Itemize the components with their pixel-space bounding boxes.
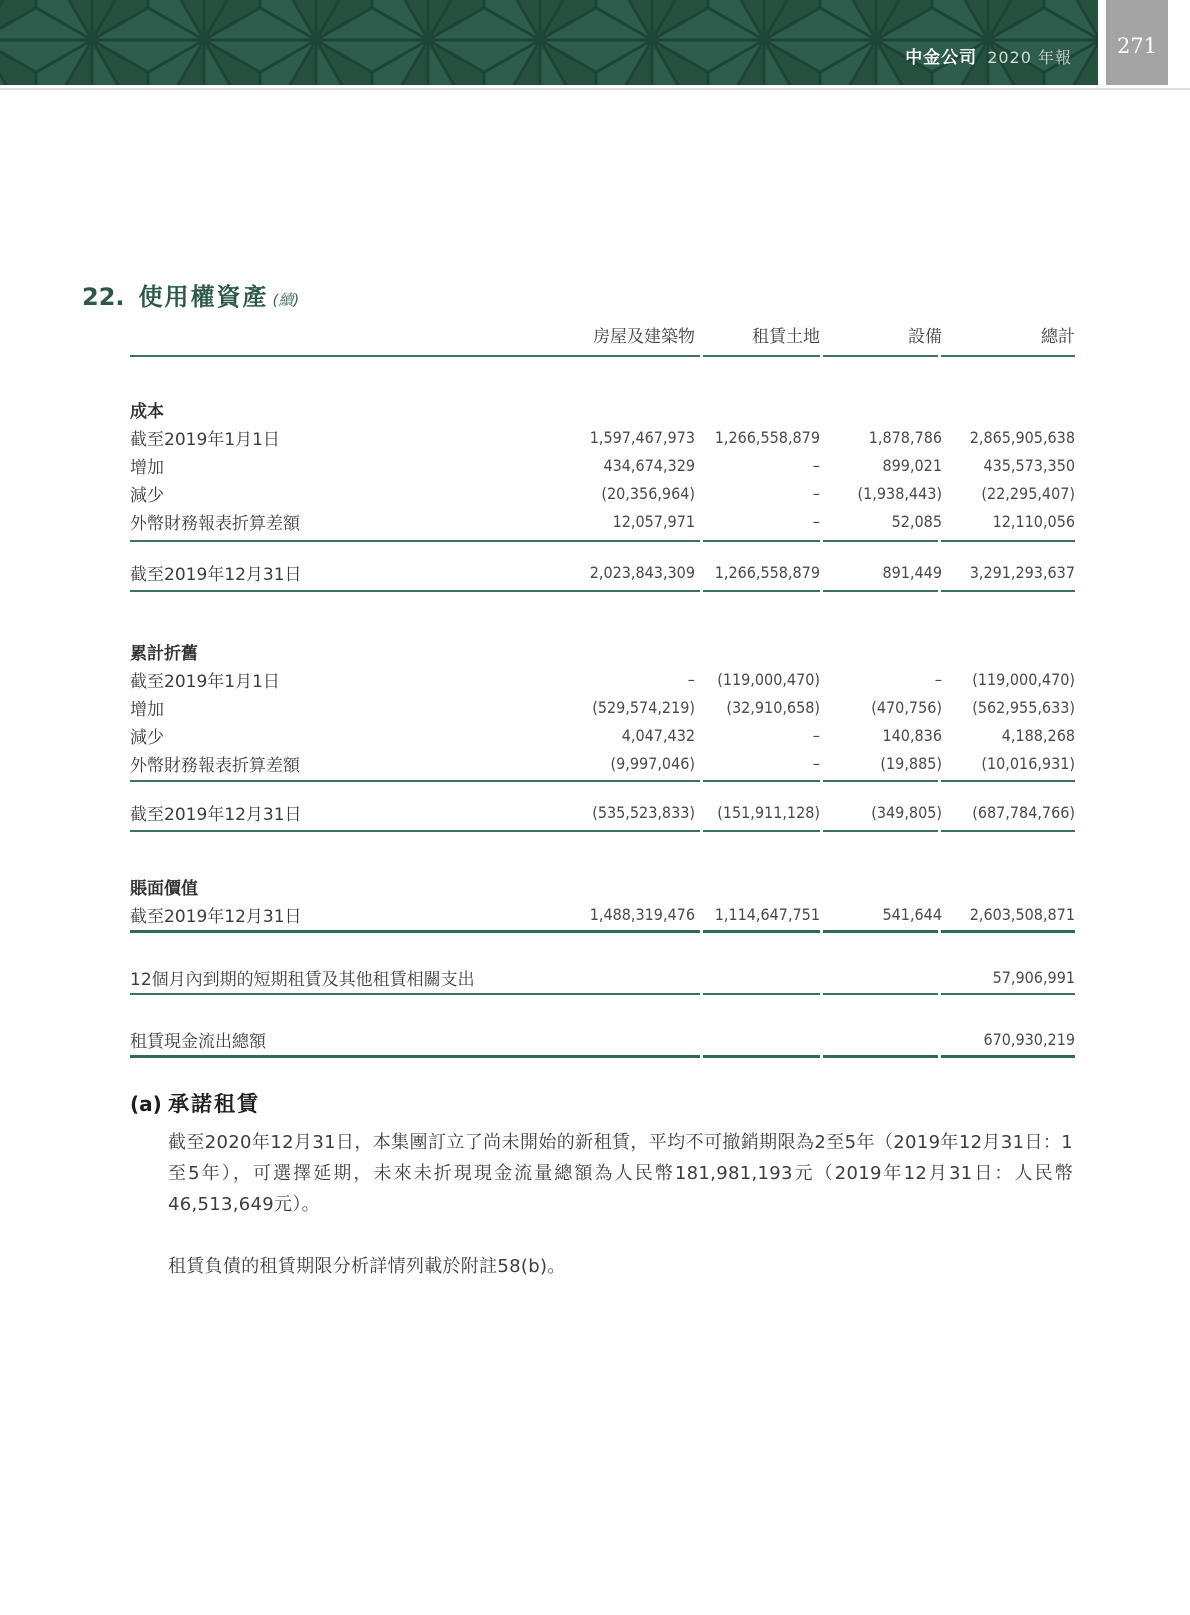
table-rule-thick [130, 1055, 1075, 1058]
table-rule-thick [130, 930, 1075, 933]
table-row: 增加 434,674,329 – 899,021 435,573,350 [130, 451, 1075, 479]
table-rule [130, 993, 1075, 995]
table-row: 外幣財務報表折算差額 12,057,971 – 52,085 12,110,05… [130, 507, 1075, 535]
company-name: 中金公司 [905, 48, 977, 68]
table-rule [130, 540, 1075, 542]
table-row-depreciation-subtotal: 截至2019年12月31日 (535,523,833) (151,911,128… [130, 798, 1075, 826]
note-a-paragraph-2: 租賃負債的租賃期限分析詳情列載於附註58(b)。 [168, 1251, 1073, 1282]
table-row-short-term-lease: 12個月內到期的短期租賃及其他租賃相關支出 57,906,991 [130, 963, 1075, 991]
table-row: 增加 (529,574,219) (32,910,658) (470,756) … [130, 693, 1075, 721]
header-divider [0, 88, 1190, 90]
section-title: 22. 使用權資產 (續) [82, 277, 1190, 312]
table-rule [130, 780, 1075, 782]
table-row-cost-subtotal: 截至2019年12月31日 2,023,843,309 1,266,558,87… [130, 558, 1075, 586]
header-title: 中金公司2020 年報 [905, 43, 1072, 68]
table-row: 減少 4,047,432 – 140,836 4,188,268 [130, 721, 1075, 749]
note-a: (a) 承諾租賃 截至2020年12月31日，本集團訂立了尚未開始的新租賃，平均… [130, 1088, 1075, 1282]
page-header: 中金公司2020 年報 271 [0, 0, 1190, 91]
table-rule [130, 590, 1075, 592]
note-a-paragraph-1: 截至2020年12月31日，本集團訂立了尚未開始的新租賃，平均不可撤銷期限為2至… [168, 1127, 1073, 1220]
table-rule [130, 830, 1075, 832]
table-row: 截至2019年1月1日 – (119,000,470) – (119,000,4… [130, 665, 1075, 693]
col-header-total: 總計 [942, 322, 1075, 347]
page-number: 271 [1117, 34, 1157, 58]
table-row-total-cash-outflow: 租賃現金流出總額 670,930,219 [130, 1025, 1075, 1053]
col-header-equipment: 設備 [820, 322, 942, 347]
report-year: 2020 年報 [987, 48, 1072, 67]
section-number: 22. [82, 283, 125, 311]
header-band: 中金公司2020 年報 [0, 0, 1098, 85]
table-row-cost-heading: 成本 [130, 395, 1075, 423]
table-row: 截至2019年1月1日 1,597,467,973 1,266,558,879 … [130, 423, 1075, 451]
section-continued-mark: (續) [273, 289, 300, 310]
table-row-carrying-value: 截至2019年12月31日 1,488,319,476 1,114,647,75… [130, 900, 1075, 928]
table-row-carrying-value-heading: 賬面價值 [130, 872, 1075, 900]
section-title-text: 使用權資產 [139, 277, 269, 312]
table-row: 外幣財務報表折算差額 (9,997,046) – (19,885) (10,01… [130, 749, 1075, 777]
table-rule [130, 355, 1075, 357]
note-a-label: (a) [130, 1092, 168, 1116]
note-a-heading: (a) 承諾租賃 [130, 1088, 1075, 1118]
table-header-row: 房屋及建築物 租賃土地 設備 總計 [130, 318, 1075, 355]
page-number-box: 271 [1106, 0, 1168, 85]
note-a-title: 承諾租賃 [168, 1088, 260, 1118]
col-header-land: 租賃土地 [695, 322, 820, 347]
note-a-body: 截至2020年12月31日，本集團訂立了尚未開始的新租賃，平均不可撤銷期限為2至… [168, 1127, 1073, 1282]
right-of-use-assets-table: 房屋及建築物 租賃土地 設備 總計 成本 截至2019年1月1日 1,597,4… [130, 318, 1075, 1058]
col-header-buildings: 房屋及建築物 [550, 322, 695, 347]
table-row: 減少 (20,356,964) – (1,938,443) (22,295,40… [130, 479, 1075, 507]
table-row-depreciation-heading: 累計折舊 [130, 637, 1075, 665]
